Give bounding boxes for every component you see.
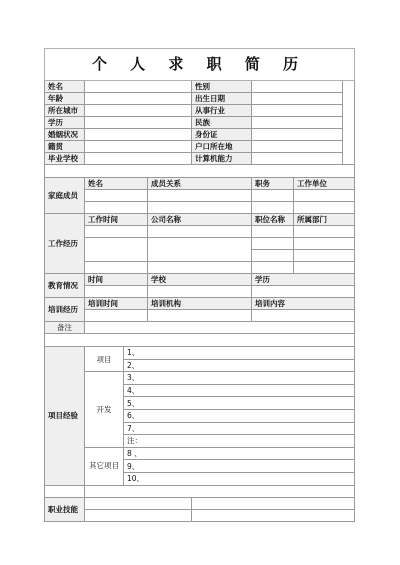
- work-cell[interactable]: [85, 226, 148, 238]
- label-age: 年龄: [45, 93, 85, 105]
- work-cell[interactable]: [252, 262, 294, 274]
- birthdate-field[interactable]: [252, 93, 343, 105]
- project-item[interactable]: 5、: [124, 397, 355, 410]
- education-header-degree: 学历: [252, 274, 355, 286]
- education-header-time: 时间: [85, 274, 148, 286]
- work-cell[interactable]: [148, 262, 252, 274]
- blank-cell[interactable]: [85, 485, 355, 497]
- work-cell[interactable]: [294, 262, 355, 274]
- family-cell[interactable]: [148, 190, 252, 202]
- work-section-label: 工作经历: [45, 214, 85, 274]
- project-item[interactable]: 7、: [124, 422, 355, 435]
- training-cell[interactable]: [148, 310, 252, 322]
- skills-cell[interactable]: [192, 497, 355, 509]
- family-header-name: 姓名: [85, 178, 148, 190]
- project-group-label: 开发: [85, 372, 124, 448]
- id-field[interactable]: [252, 129, 343, 141]
- computer-field[interactable]: [252, 153, 343, 165]
- label-computer: 计算机能力: [192, 153, 252, 165]
- project-item[interactable]: 6、: [124, 409, 355, 422]
- work-cell[interactable]: [85, 262, 148, 274]
- label-id: 身份证: [192, 129, 252, 141]
- work-header-time: 工作时间: [85, 214, 148, 226]
- label-industry: 从事行业: [192, 105, 252, 117]
- project-group-label: 其它项目: [85, 447, 124, 485]
- skills-section-label: 职业技能: [45, 497, 85, 521]
- spacer-row: [45, 165, 355, 178]
- resume-table: 个 人 求 职 简 历 姓名 性别 年龄 出生日期 所在城市 从事行业 学历 民…: [44, 48, 355, 522]
- label-education: 学历: [45, 117, 85, 129]
- work-cell[interactable]: [294, 238, 355, 250]
- education-cell[interactable]: [252, 286, 355, 298]
- family-cell[interactable]: [85, 202, 148, 214]
- family-cell[interactable]: [294, 190, 355, 202]
- skills-cell[interactable]: [85, 509, 192, 521]
- work-cell[interactable]: [148, 226, 252, 238]
- family-section-label: 家庭成员: [45, 178, 85, 214]
- work-cell[interactable]: [252, 250, 294, 262]
- family-cell[interactable]: [294, 202, 355, 214]
- work-header-title: 职位名称: [252, 214, 294, 226]
- projects-section-label: 项目经验: [45, 347, 85, 486]
- project-group-label: 项目: [85, 347, 124, 372]
- label-ethnicity: 民族: [192, 117, 252, 129]
- work-cell[interactable]: [85, 238, 148, 262]
- label-hometown: 籍贯: [45, 141, 85, 153]
- project-item[interactable]: 8 、: [124, 447, 355, 460]
- page-title: 个 人 求 职 简 历: [45, 49, 355, 81]
- label-marital: 婚姻状况: [45, 129, 85, 141]
- education-section-label: 教育情况: [45, 274, 85, 298]
- school-field[interactable]: [85, 153, 192, 165]
- notes-field[interactable]: [85, 322, 355, 334]
- training-header-time: 培训时间: [85, 298, 148, 310]
- education-field[interactable]: [85, 117, 192, 129]
- work-cell[interactable]: [252, 238, 294, 250]
- project-item[interactable]: 10、: [124, 472, 355, 485]
- training-header-institution: 培训机构: [148, 298, 252, 310]
- training-section-label: 培训经历: [45, 298, 85, 322]
- work-cell[interactable]: [148, 238, 252, 262]
- ethnicity-field[interactable]: [252, 117, 343, 129]
- family-cell[interactable]: [85, 190, 148, 202]
- label-school: 毕业学校: [45, 153, 85, 165]
- project-item[interactable]: 1、: [124, 347, 355, 360]
- training-cell[interactable]: [252, 310, 355, 322]
- project-item[interactable]: 4、: [124, 384, 355, 397]
- photo-box[interactable]: [343, 81, 355, 165]
- training-header-content: 培训内容: [252, 298, 355, 310]
- project-item[interactable]: 9、: [124, 460, 355, 473]
- training-cell[interactable]: [85, 310, 148, 322]
- family-cell[interactable]: [252, 190, 294, 202]
- family-cell[interactable]: [252, 202, 294, 214]
- education-cell[interactable]: [85, 286, 148, 298]
- name-field[interactable]: [85, 81, 192, 93]
- education-header-school: 学校: [148, 274, 252, 286]
- spacer-row: [45, 334, 355, 347]
- project-item[interactable]: 3、: [124, 372, 355, 385]
- label-name: 姓名: [45, 81, 85, 93]
- label-birthdate: 出生日期: [192, 93, 252, 105]
- family-header-position: 职务: [252, 178, 294, 190]
- marital-field[interactable]: [85, 129, 192, 141]
- work-cell[interactable]: [294, 250, 355, 262]
- project-note[interactable]: 注：: [124, 435, 355, 448]
- family-header-relation: 成员关系: [148, 178, 252, 190]
- label-gender: 性别: [192, 81, 252, 93]
- notes-label: 备注: [45, 322, 85, 334]
- blank-cell: [45, 485, 85, 497]
- skills-cell[interactable]: [192, 509, 355, 521]
- hometown-field[interactable]: [85, 141, 192, 153]
- family-cell[interactable]: [148, 202, 252, 214]
- age-field[interactable]: [85, 93, 192, 105]
- industry-field[interactable]: [252, 105, 343, 117]
- project-item[interactable]: 2、: [124, 359, 355, 372]
- skills-cell[interactable]: [85, 497, 192, 509]
- education-cell[interactable]: [148, 286, 252, 298]
- work-header-department: 所属部门: [294, 214, 355, 226]
- work-header-company: 公司名称: [148, 214, 252, 226]
- city-field[interactable]: [85, 105, 192, 117]
- label-hukou: 户口所在地: [192, 141, 252, 153]
- family-header-employer: 工作单位: [294, 178, 355, 190]
- resume-form: 个 人 求 职 简 历 姓名 性别 年龄 出生日期 所在城市 从事行业 学历 民…: [44, 48, 354, 522]
- gender-field[interactable]: [252, 81, 343, 93]
- work-cell[interactable]: [294, 226, 355, 238]
- hukou-field[interactable]: [252, 141, 343, 153]
- work-cell[interactable]: [252, 226, 294, 238]
- label-city: 所在城市: [45, 105, 85, 117]
